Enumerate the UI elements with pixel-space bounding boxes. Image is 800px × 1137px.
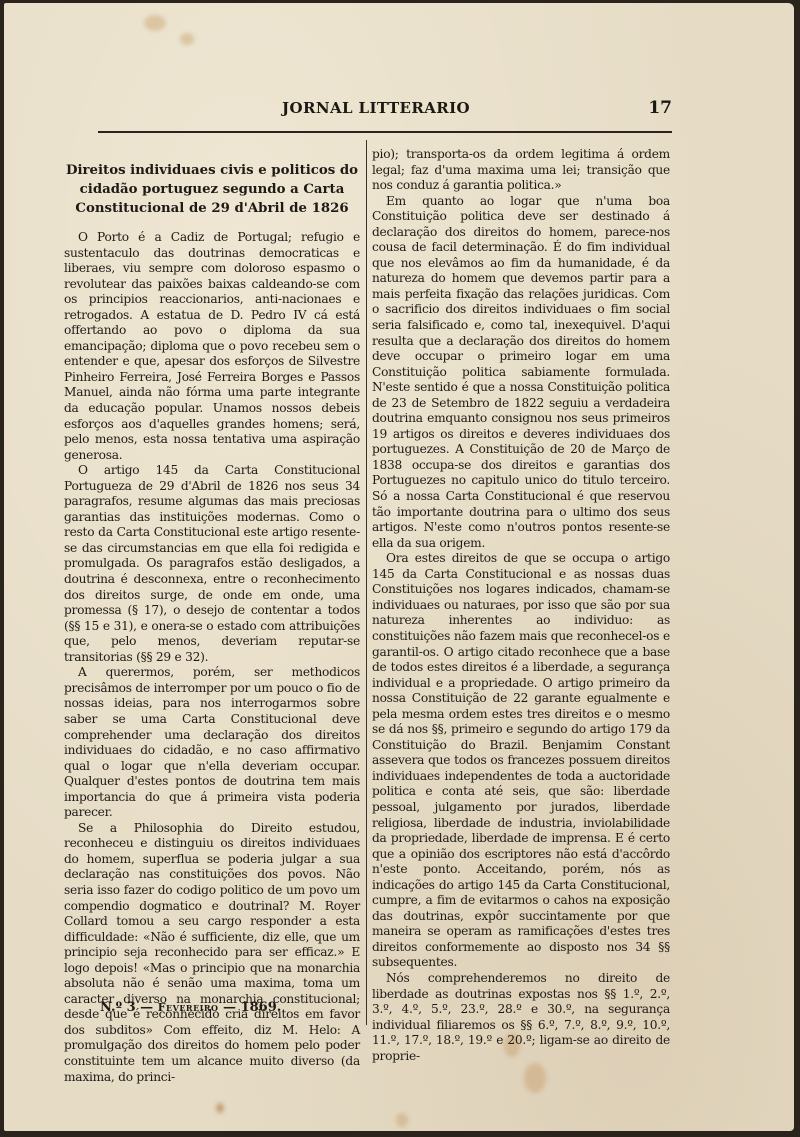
paragraph: Nós comprehenderemos no direito de liber…	[372, 971, 670, 1064]
paragraph-continuation: pio); transporta-os da ordem legitima á …	[372, 147, 670, 194]
paragraph: O Porto é a Cadiz de Portugal; refugio e…	[64, 230, 360, 463]
paragraph: Em quanto ao logar que n'uma boa Constit…	[372, 194, 670, 552]
paper-stain	[396, 1113, 408, 1127]
paper-stain	[180, 33, 194, 45]
column-divider	[366, 140, 367, 1025]
paper-stain	[524, 1063, 546, 1093]
paragraph: Ora estes direitos de que se occupa o ar…	[372, 551, 670, 971]
issue-footer: N.º 3 — Fevereiro — 1869.	[100, 1000, 281, 1015]
paragraph: O artigo 145 da Carta Constitucional Por…	[64, 463, 360, 665]
right-column: pio); transporta-os da ordem legitima á …	[372, 147, 670, 1064]
paper-stain	[216, 1103, 224, 1113]
issue-number: N.º 3 —	[100, 1000, 158, 1015]
issue-year: — 1869.	[219, 1000, 282, 1015]
running-title: JORNAL LITTERARIO	[282, 99, 470, 117]
issue-month: Fevereiro	[158, 1001, 219, 1014]
page-number: 17	[648, 98, 672, 118]
left-column: Direitos individuaes civis e politicos d…	[64, 147, 360, 1085]
paragraph: Se a Philosophia do Direito estudou, rec…	[64, 821, 360, 1085]
page-header: JORNAL LITTERARIO 17	[98, 99, 672, 121]
paper-stain	[144, 15, 166, 31]
article-title: Direitos individuaes civis e politicos d…	[64, 161, 360, 218]
paragraph: A querermos, porém, ser methodicos preci…	[64, 665, 360, 820]
header-rule	[98, 131, 672, 133]
